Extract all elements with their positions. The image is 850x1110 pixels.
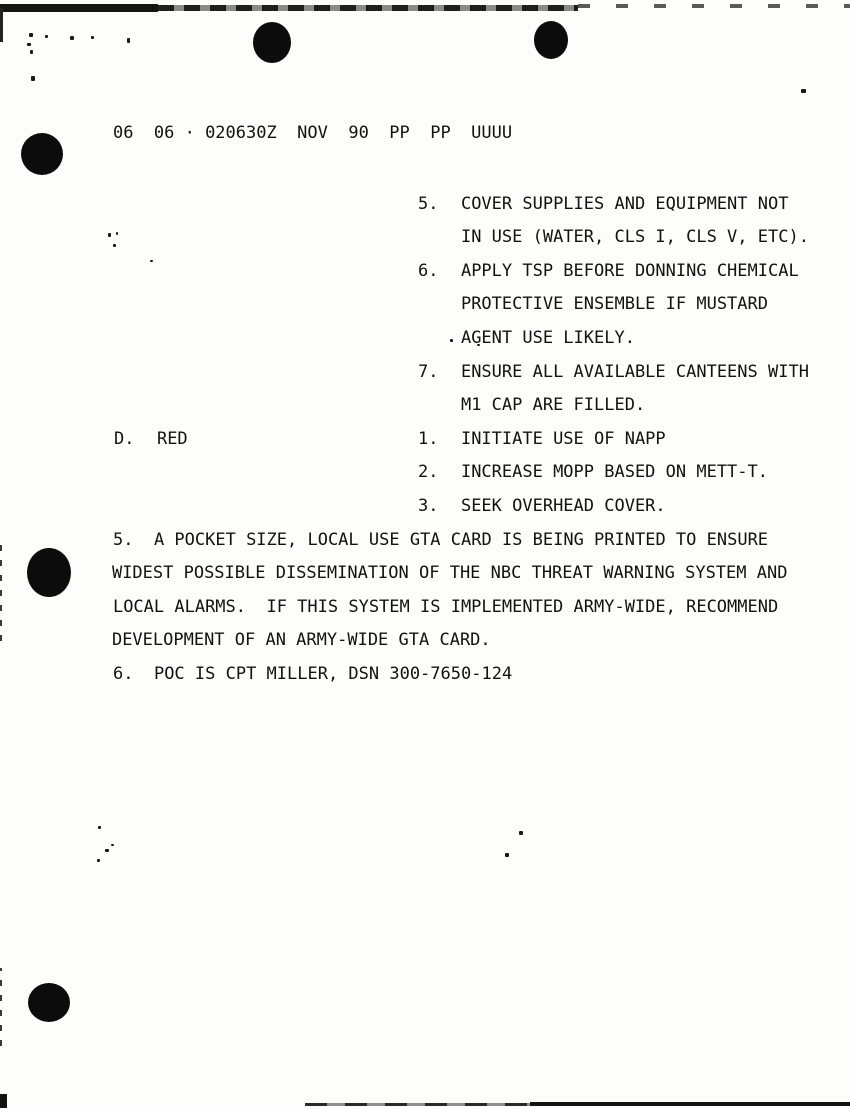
noise-speck — [801, 89, 806, 93]
scan-edge-bottom-gray — [305, 1103, 533, 1106]
punch-hole-left-upper — [21, 133, 63, 175]
noise-speck — [98, 826, 101, 829]
punch-hole-left-lower — [28, 983, 70, 1022]
paragraph-text: A POCKET SIZE, LOCAL USE GTA CARD IS BEI… — [154, 530, 768, 550]
punch-hole-left-middle — [27, 548, 71, 597]
noise-speck — [108, 233, 111, 237]
item-number: 2. — [418, 464, 461, 481]
scan-edge-bottom-corner — [0, 1094, 7, 1108]
noise-speck — [116, 232, 118, 235]
noise-speck — [105, 849, 109, 852]
item-number: 7. — [418, 364, 461, 381]
paragraph-text: WIDEST POSSIBLE DISSEMINATION OF THE NBC… — [112, 563, 788, 583]
noise-speck — [150, 260, 153, 262]
scan-edge-top-middle — [158, 5, 578, 11]
scan-edge-left-middle — [0, 545, 2, 641]
item-text: AGENT USE LIKELY. — [461, 328, 635, 348]
scan-edge-left-lower — [0, 968, 2, 1046]
item-text: COVER SUPPLIES AND EQUIPMENT NOT — [461, 194, 789, 214]
paragraph-text: LOCAL ALARMS. IF THIS SYSTEM IS IMPLEMEN… — [113, 597, 778, 617]
condition-name: RED — [157, 429, 188, 449]
item-text: PROTECTIVE ENSEMBLE IF MUSTARD — [461, 294, 768, 314]
routing-header-line: 06 06 · 020630Z NOV 90 PP PP UUUU — [72, 108, 512, 159]
punch-hole-top-left — [253, 22, 291, 63]
item-text: INITIATE USE OF NAPP — [461, 429, 666, 449]
noise-speck — [127, 38, 130, 43]
scan-edge-left-corner — [0, 8, 3, 42]
item-number: 6. — [418, 263, 461, 280]
scan-edge-top-right — [578, 4, 850, 8]
item-number: 3. — [418, 498, 461, 515]
scan-edge-top-left — [0, 4, 158, 12]
item-text: IN USE (WATER, CLS I, CLS V, ETC). — [461, 227, 809, 247]
item-number: 1. — [418, 431, 461, 448]
item-text: APPLY TSP BEFORE DONNING CHEMICAL — [461, 261, 799, 281]
noise-speck — [31, 76, 35, 81]
paragraph-6-line-1: 6.POC IS CPT MILLER, DSN 300-7650-124 — [72, 649, 512, 700]
paragraph-number: 5. — [113, 532, 154, 549]
noise-speck — [111, 844, 114, 846]
scan-edge-bottom-black — [530, 1102, 850, 1106]
noise-speck — [30, 50, 33, 54]
paragraph-number: 6. — [113, 666, 154, 683]
item-text: INCREASE MOPP BASED ON METT-T. — [461, 462, 768, 482]
noise-speck — [91, 36, 94, 39]
noise-speck — [29, 33, 33, 37]
noise-speck — [97, 859, 100, 862]
scanned-document-page: 06 06 · 020630Z NOV 90 PP PP UUUU 5.COVE… — [0, 0, 850, 1110]
paragraph-text: DEVELOPMENT OF AN ARMY-WIDE GTA CARD. — [112, 630, 491, 650]
condition-letter: D. — [114, 431, 157, 448]
item-text: ENSURE ALL AVAILABLE CANTEENS WITH — [461, 362, 809, 382]
item-number: 5. — [418, 196, 461, 213]
punch-hole-top-right — [534, 21, 568, 59]
noise-speck — [519, 831, 523, 835]
noise-speck — [45, 35, 48, 38]
noise-speck — [70, 36, 74, 40]
condition-red-label: D.RED — [73, 414, 188, 465]
routing-header-text: 06 06 · 020630Z NOV 90 PP PP UUUU — [113, 123, 512, 143]
paragraph-text: POC IS CPT MILLER, DSN 300-7650-124 — [154, 664, 512, 684]
noise-speck — [505, 853, 509, 857]
item-text: SEEK OVERHEAD COVER. — [461, 496, 666, 516]
noise-speck — [113, 244, 116, 247]
item-text: M1 CAP ARE FILLED. — [461, 395, 645, 415]
noise-speck — [27, 43, 31, 46]
